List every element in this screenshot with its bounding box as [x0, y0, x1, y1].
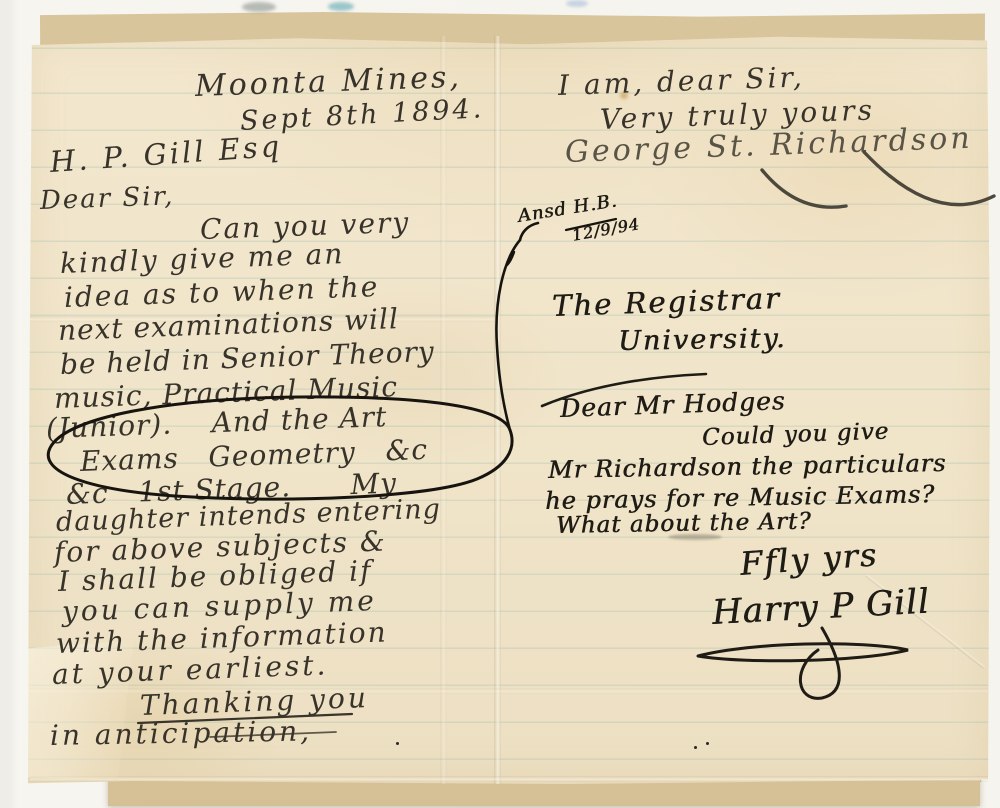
- forward-valediction: Ffly yrs: [739, 538, 879, 580]
- bottom-fold-crease: [30, 776, 988, 782]
- closing-line: in anticipation,: [50, 717, 313, 750]
- ink-speck: [694, 746, 697, 749]
- forward-note-line: Mr Richardson the particulars: [548, 451, 947, 482]
- salutation-line: Dear Sir,: [40, 183, 175, 214]
- gill-signature: Harry P Gill: [711, 585, 930, 630]
- valediction-line: I am, dear Sir,: [558, 63, 806, 100]
- scanned-letter-stage: Moonta Mines, Sept 8th 1894. H. P. Gill …: [0, 0, 1000, 808]
- forward-note-line: he prays for re Music Exams?: [545, 482, 935, 513]
- center-fold-crease: [494, 36, 501, 784]
- forward-address-line: University.: [618, 325, 787, 355]
- forward-address-line: The Registrar: [551, 284, 781, 321]
- forward-note-line: What about the Art?: [556, 511, 812, 538]
- teal-smudge: [328, 2, 354, 11]
- scanner-smudge: [242, 2, 276, 12]
- ink-speck: [396, 742, 399, 745]
- secondary-fold-crease: [440, 36, 447, 784]
- forward-note-line: Dear Mr Hodges: [560, 388, 786, 421]
- ink-speck: [706, 742, 709, 745]
- blue-smudge: [566, 0, 588, 7]
